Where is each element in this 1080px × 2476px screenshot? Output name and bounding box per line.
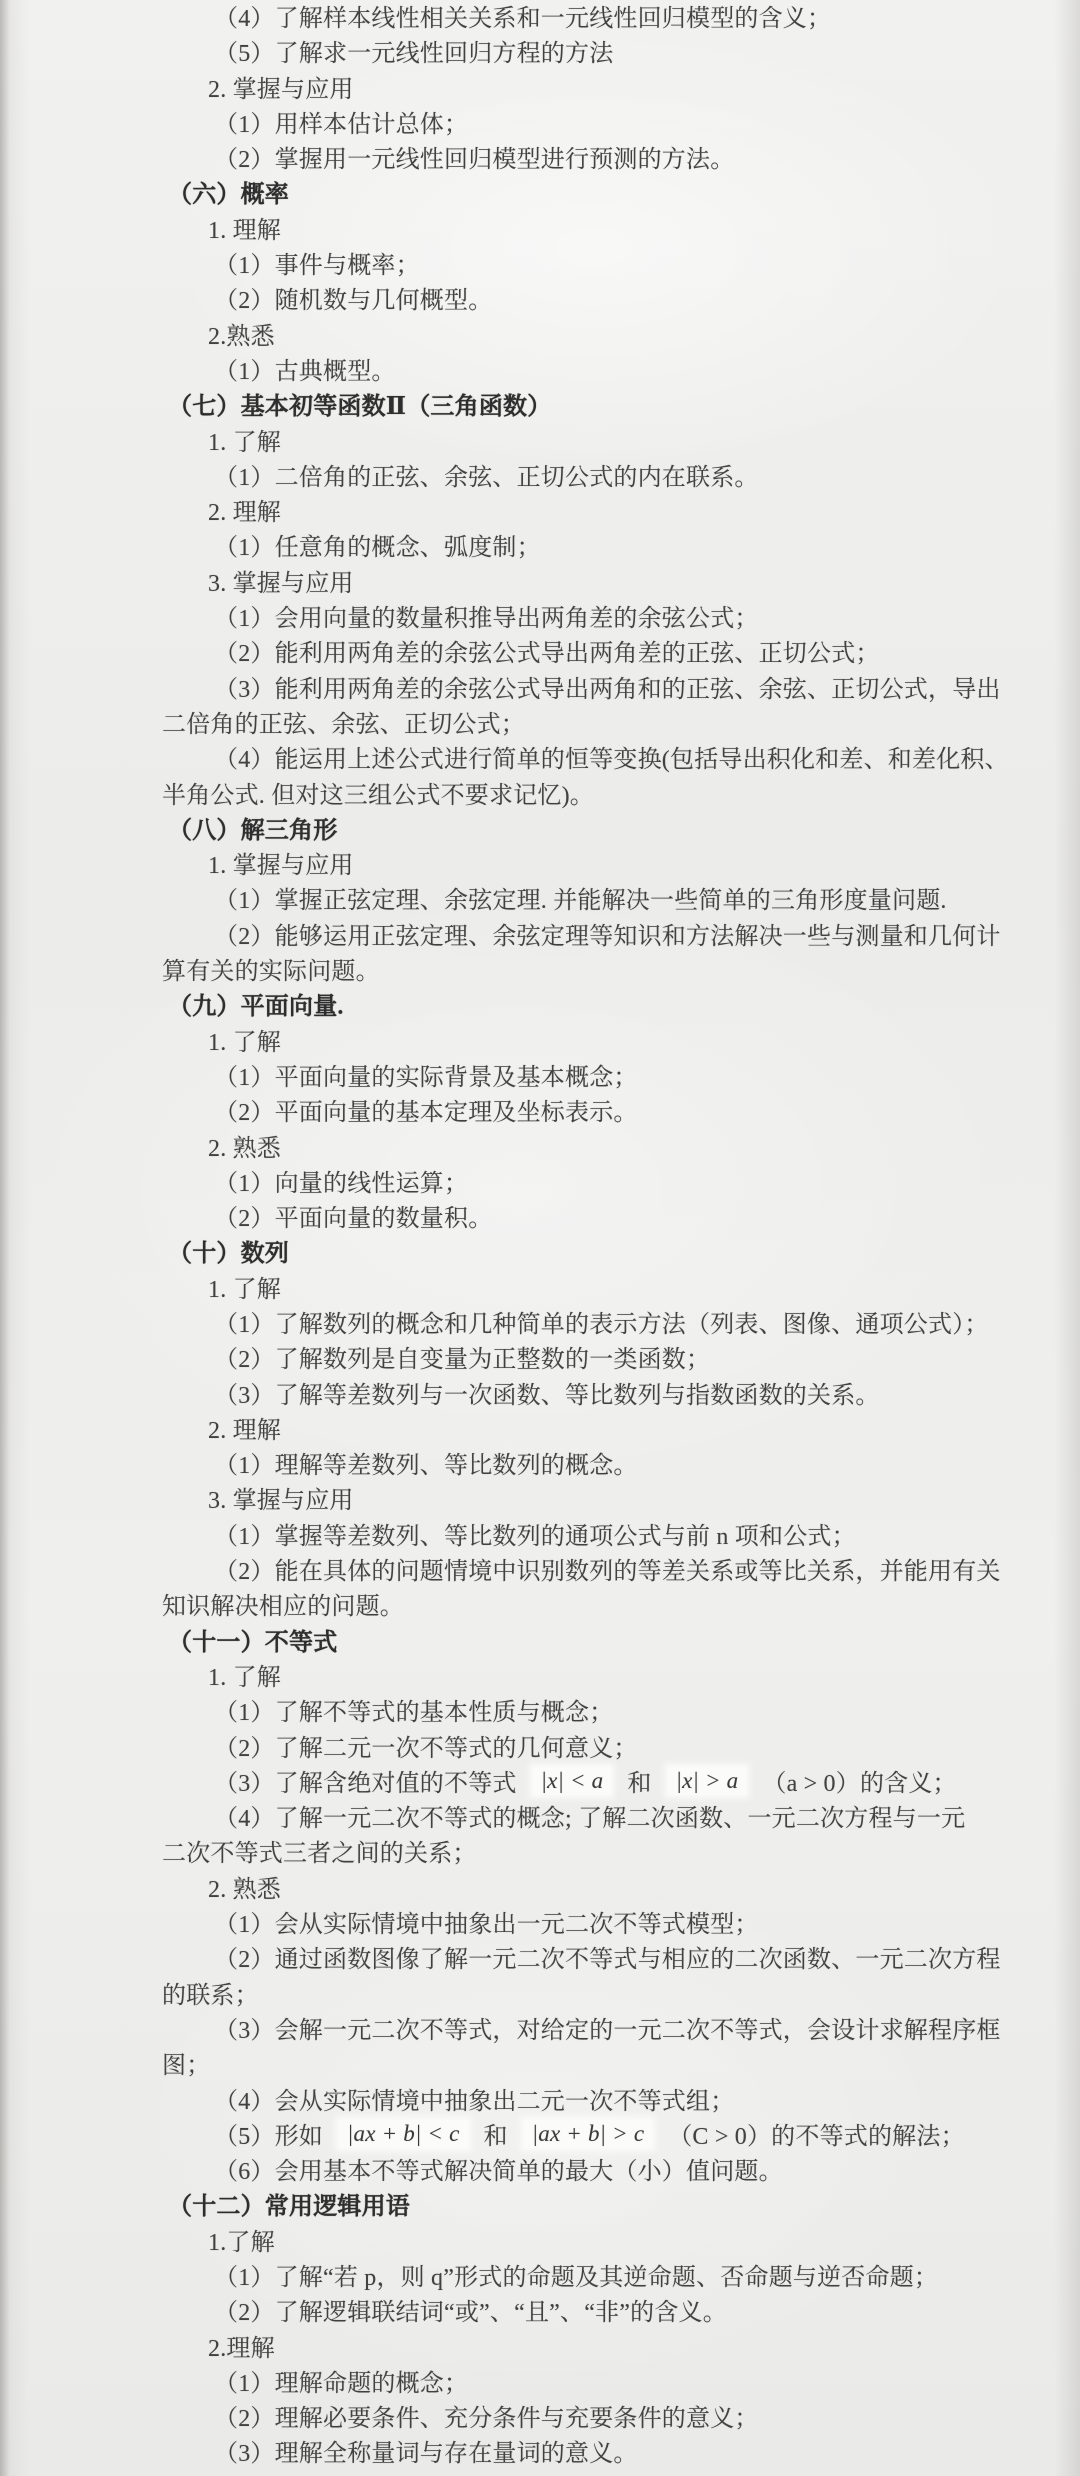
section-heading: （八）解三角形	[0, 814, 1080, 849]
section-heading: （十）数列	[0, 1237, 1080, 1272]
outline-line: （1）二倍角的正弦、余弦、正切公式的内在联系。	[0, 461, 1080, 496]
outline-line: （4）了解一元二次不等式的概念; 了解二次函数、一元二次方程与一元	[0, 1802, 1080, 1837]
outline-line: （1）了解“若 p，则 q”形式的命题及其逆命题、否命题与逆否命题；	[0, 2261, 1080, 2296]
outline-line: 2.理解	[0, 2332, 1080, 2367]
outline-line: （4）会从实际情境中抽象出二元一次不等式组；	[0, 2085, 1080, 2120]
section-heading: （十二）常用逻辑用语	[0, 2190, 1080, 2225]
text-segment: （C > 0）的不等式的解法；	[668, 2124, 965, 2150]
outline-line: （5）形如|ax + b| < c和|ax + b| > c（C > 0）的不等…	[0, 2120, 1080, 2155]
outline-line: （2）通过函数图像了解一元二次不等式与相应的二次函数、一元二次方程	[0, 1943, 1080, 1978]
section-heading: （九）平面向量.	[0, 990, 1080, 1025]
outline-line: （2）平面向量的基本定理及坐标表示。	[0, 1096, 1080, 1131]
outline-line: （3）会解一元二次不等式，对给定的一元二次不等式，会设计求解程序框	[0, 2014, 1080, 2049]
outline-line: （3）了解等差数列与一次函数、等比数列与指数函数的关系。	[0, 1379, 1080, 1414]
section-heading: （七）基本初等函数Ⅱ（三角函数）	[0, 390, 1080, 425]
outline-line: （1）平面向量的实际背景及基本概念；	[0, 1061, 1080, 1096]
outline-line: （1）会从实际情境中抽象出一元二次不等式模型；	[0, 1908, 1080, 1943]
outline-line: 2. 熟悉	[0, 1132, 1080, 1167]
outline-line: 2.熟悉	[0, 320, 1080, 355]
outline-line: （3）能利用两角差的余弦公式导出两角和的正弦、余弦、正切公式，导出	[0, 673, 1080, 708]
outline-line: （1）了解数列的概念和几种简单的表示方法（列表、图像、通项公式）；	[0, 1308, 1080, 1343]
outline-line: 1. 理解	[0, 214, 1080, 249]
outline-line: 二倍角的正弦、余弦、正切公式；	[0, 708, 1080, 743]
outline-line: （2）能利用两角差的余弦公式导出两角差的正弦、正切公式；	[0, 637, 1080, 672]
text-segment: （3）了解含绝对值的不等式	[214, 1771, 517, 1797]
outline-line: （2）掌握用一元线性回归模型进行预测的方法。	[0, 143, 1080, 178]
outline-line: 2. 熟悉	[0, 1873, 1080, 1908]
outline-line: （2）随机数与几何概型。	[0, 284, 1080, 319]
section-heading: （十一）不等式	[0, 1626, 1080, 1661]
outline-line: 1.了解	[0, 2226, 1080, 2261]
outline-line: （5）了解求一元线性回归方程的方法	[0, 37, 1080, 72]
outline-line: （2）平面向量的数量积。	[0, 1202, 1080, 1237]
outline-line: （1）掌握正弦定理、余弦定理. 并能解决一些简单的三角形度量问题.	[0, 884, 1080, 919]
math-formula: |x| < a	[533, 1767, 612, 1795]
outline-line: （1）事件与概率；	[0, 249, 1080, 284]
outline-line: （6）会用基本不等式解决简单的最大（小）值问题。	[0, 2155, 1080, 2190]
outline-line: （2）了解逻辑联结词“或”、“且”、“非”的含义。	[0, 2296, 1080, 2331]
text-segment: 和	[484, 2124, 508, 2150]
outline-line: 1. 了解	[0, 1026, 1080, 1061]
outline-line: 1. 了解	[0, 1273, 1080, 1308]
outline-line: （1）理解命题的概念；	[0, 2367, 1080, 2402]
outline-line: （1）了解不等式的基本性质与概念；	[0, 1696, 1080, 1731]
math-formula: |ax + b| < c	[339, 2120, 468, 2148]
outline-line: 1. 掌握与应用	[0, 849, 1080, 884]
outline-line: （1）理解等差数列、等比数列的概念。	[0, 1449, 1080, 1484]
outline-line: （3）理解全称量词与存在量词的意义。	[0, 2437, 1080, 2472]
outline-line: 算有关的实际问题。	[0, 955, 1080, 990]
outline-line: （1）掌握等差数列、等比数列的通项公式与前 n 项和公式；	[0, 1520, 1080, 1555]
outline-line: （1）用样本估计总体；	[0, 108, 1080, 143]
text-segment: （5）形如	[214, 2124, 323, 2150]
outline-line: （2）了解二元一次不等式的几何意义；	[0, 1732, 1080, 1767]
math-formula: |x| > a	[668, 1767, 747, 1795]
outline-line: 图；	[0, 2049, 1080, 2084]
document-page: （4）了解样本线性相关关系和一元线性回归模型的含义；（5）了解求一元线性回归方程…	[0, 0, 1080, 2476]
outline-line: （2）能在具体的问题情境中识别数列的等差关系或等比关系，并能用有关	[0, 1555, 1080, 1590]
outline-line: 半角公式. 但对这三组公式不要求记忆)。	[0, 779, 1080, 814]
outline-line: 3. 掌握与应用	[0, 1484, 1080, 1519]
outline-line: （1）会用向量的数量积推导出两角差的余弦公式；	[0, 602, 1080, 637]
outline-line: （3）了解含绝对值的不等式|x| < a和|x| > a（a > 0）的含义；	[0, 1767, 1080, 1802]
outline-line: （1）任意角的概念、弧度制；	[0, 531, 1080, 566]
text-segment: 和	[627, 1771, 651, 1797]
outline-line: （1）向量的线性运算；	[0, 1167, 1080, 1202]
outline-line: 2. 理解	[0, 1414, 1080, 1449]
outline-line: 2. 理解	[0, 496, 1080, 531]
math-formula: |ax + b| > c	[524, 2120, 653, 2148]
outline-line: （1）古典概型。	[0, 355, 1080, 390]
outline-line: （4）了解样本线性相关关系和一元线性回归模型的含义；	[0, 2, 1080, 37]
outline-line: （2）能够运用正弦定理、余弦定理等知识和方法解决一些与测量和几何计	[0, 920, 1080, 955]
section-heading: （六）概率	[0, 178, 1080, 213]
outline-line: （4）能运用上述公式进行简单的恒等变换(包括导出积化和差、和差化积、	[0, 743, 1080, 778]
outline-line: 3. 掌握与应用	[0, 567, 1080, 602]
outline-line: 知识解决相应的问题。	[0, 1590, 1080, 1625]
outline-line: （2）理解必要条件、充分条件与充要条件的意义；	[0, 2402, 1080, 2437]
outline-line: 二次不等式三者之间的关系；	[0, 1837, 1080, 1872]
outline-line: 的联系；	[0, 1979, 1080, 2014]
outline-line: 2. 掌握与应用	[0, 73, 1080, 108]
outline-line: （2）了解数列是自变量为正整数的一类函数；	[0, 1343, 1080, 1378]
outline-line: 1. 了解	[0, 426, 1080, 461]
text-segment: （a > 0）的含义；	[762, 1771, 956, 1797]
outline-line: 1. 了解	[0, 1661, 1080, 1696]
